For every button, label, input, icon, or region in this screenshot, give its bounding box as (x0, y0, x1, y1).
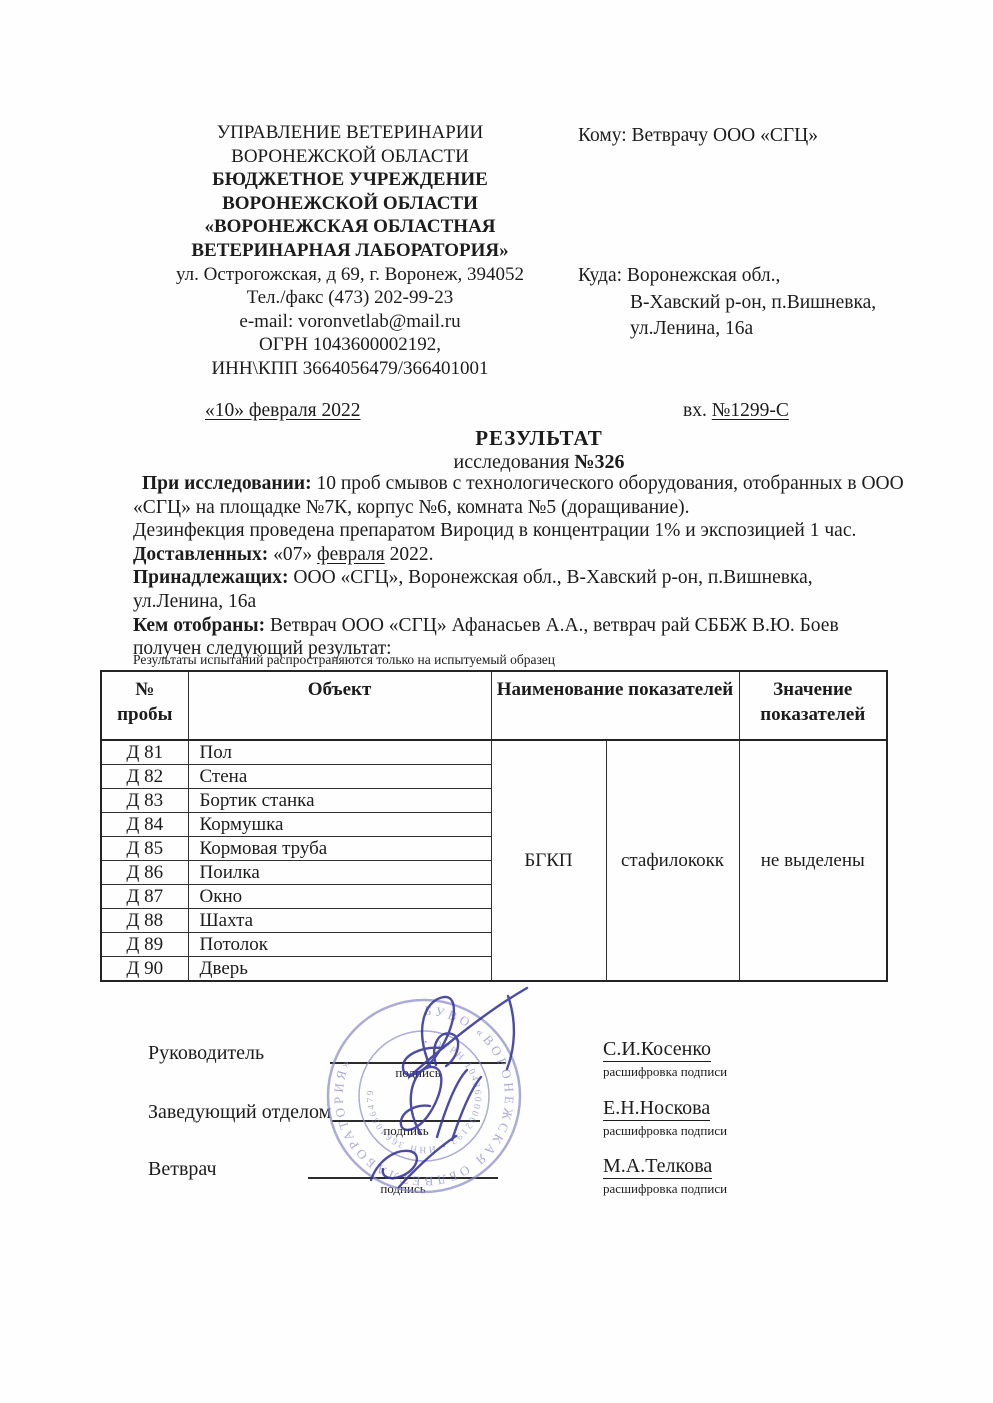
disclaimer-note: Результаты испытаний распространяются то… (133, 652, 555, 668)
indicator-1: БГКП (491, 740, 606, 981)
indicator-2: стафилококк (606, 740, 739, 981)
body-line-text: ООО «СГЦ», Воронежская обл., В-Хавский р… (289, 567, 813, 588)
body-line-text: Дезинфекция проведена препаратом Вироцид… (133, 520, 856, 541)
sample-id: Д 86 (101, 861, 188, 885)
body-line-text: Ветврач ООО «СГЦ» Афанасьев А.А., ветвра… (265, 615, 839, 636)
header-sample-number: № пробы (101, 671, 188, 740)
sample-id: Д 82 (101, 765, 188, 789)
sample-id: Д 90 (101, 957, 188, 982)
signature-name-text: М.А.Телкова (603, 1155, 712, 1179)
sample-object: Стена (188, 765, 491, 789)
body-line-text: 2022. (385, 544, 434, 565)
addressee-where-line2: В-Хавский р-он, п.Вишневка, (630, 290, 876, 317)
body-line-text: «07» (268, 544, 317, 565)
sample-object: Кормушка (188, 813, 491, 837)
subtitle-text: исследования (454, 451, 575, 473)
sample-object: Окно (188, 885, 491, 909)
header-sample-number-line1: № (102, 677, 188, 702)
body-line-label: Кем отобраны: (133, 615, 265, 636)
sample-id: Д 81 (101, 740, 188, 765)
signature-name-noskova: Е.Н.Носкова расшифровка подписи (603, 1097, 727, 1139)
body-line: Дезинфекция проведена препаратом Вироцид… (133, 519, 948, 543)
signature-name-telkova: М.А.Телкова расшифровка подписи (603, 1155, 727, 1197)
signature-line (330, 1062, 506, 1064)
results-table: № пробы Объект Наименование показателей … (100, 670, 888, 982)
signature-name-caption: расшифровка подписи (603, 1064, 727, 1080)
signature-line (332, 1120, 480, 1122)
letterhead-ogrn: ОГРН 1043600002192, (150, 333, 550, 357)
sample-object: Кормовая труба (188, 837, 491, 861)
sample-id: Д 87 (101, 885, 188, 909)
body-line-text: 10 проб смывов с технологического оборуд… (312, 473, 904, 494)
document-subtitle: исследования №326 (133, 451, 945, 474)
svg-text:БУВО «ВОРОНЕЖСКАЯ ОБЛВЕТЛАБО: БУВО «ВОРОНЕЖСКАЯ ОБЛВЕТЛАБОРАТОРИЯ» (331, 1003, 517, 1189)
signature-name-text: Е.Н.Носкова (603, 1097, 710, 1121)
addressee-where-line1: Куда: Воронежская обл., (578, 263, 876, 290)
body-line-text: ул.Ленина, 16а (133, 591, 256, 612)
table-header-row: № пробы Объект Наименование показателей … (101, 671, 887, 740)
addressee-where-line3: ул.Ленина, 16а (630, 316, 876, 343)
letterhead-org-line2: ВОРОНЕЖСКОЙ ОБЛАСТИ (150, 192, 550, 216)
stamp-outer-text: БУВО «ВОРОНЕЖСКАЯ ОБЛВЕТЛАБОРАТОРИЯ» (331, 1003, 517, 1189)
sample-id: Д 85 (101, 837, 188, 861)
header-sample-number-line2: пробы (102, 702, 188, 727)
sample-object: Поилка (188, 861, 491, 885)
document-date: «10» февраля 2022 (205, 400, 361, 422)
header-indicator-value: Значение показателей (739, 671, 887, 740)
round-stamp: БУВО «ВОРОНЕЖСКАЯ ОБЛВЕТЛАБОРАТОРИЯ» • О… (328, 1000, 520, 1192)
signature-name-kosenko: С.И.Косенко расшифровка подписи (603, 1038, 727, 1080)
signature-ink-director (507, 996, 514, 1069)
letterhead-org-line3: «ВОРОНЕЖСКАЯ ОБЛАСТНАЯ (150, 215, 550, 239)
signature-role-director: Руководитель (148, 1042, 264, 1065)
incoming-label: вх. (683, 400, 712, 421)
sample-id: Д 88 (101, 909, 188, 933)
body-line-label: При исследовании: (142, 473, 312, 494)
letterhead-org-line4: ВЕТЕРИНАРНАЯ ЛАБОРАТОРИЯ» (150, 239, 550, 263)
document-page: УПРАВЛЕНИЕ ВЕТЕРИНАРИИ ВОРОНЕЖСКОЙ ОБЛАС… (0, 0, 993, 1403)
letterhead-dept-line1: УПРАВЛЕНИЕ ВЕТЕРИНАРИИ (150, 121, 550, 145)
body-line: ул.Ленина, 16а (133, 590, 948, 614)
signature-caption: подпись (332, 1123, 480, 1139)
ink-signatures (371, 988, 527, 1187)
sample-object: Пол (188, 740, 491, 765)
addressee-where: Куда: Воронежская обл., В-Хавский р-он, … (578, 263, 876, 343)
body-line-label: Принадлежащих: (133, 567, 289, 588)
stamp-inner-circle (359, 1031, 489, 1161)
incoming-number-value: №1299-С (712, 400, 789, 421)
signature-caption: подпись (308, 1181, 498, 1197)
sample-id: Д 83 (101, 789, 188, 813)
sample-object: Дверь (188, 957, 491, 982)
body-line-text: «СГЦ» на площадке №7К, корпус №6, комнат… (133, 497, 689, 518)
body-line: Принадлежащих: ООО «СГЦ», Воронежская об… (133, 566, 948, 590)
table-row: Д 81 Пол БГКП стафилококк не выделены (101, 740, 887, 765)
sample-object: Бортик станка (188, 789, 491, 813)
letterhead-dept-line2: ВОРОНЕЖСКОЙ ОБЛАСТИ (150, 145, 550, 169)
header-indicator-name: Наименование показателей (491, 671, 739, 740)
sample-object: Шахта (188, 909, 491, 933)
sample-id: Д 84 (101, 813, 188, 837)
letterhead-phone: Тел./факс (473) 202-99-23 (150, 286, 550, 310)
letterhead-org-line1: БЮДЖЕТНОЕ УЧРЕЖДЕНИЕ (150, 168, 550, 192)
letterhead-inn-kpp: ИНН\КПП 3664056479/366401001 (150, 357, 550, 381)
signature-role-vet: Ветврач (148, 1158, 217, 1181)
addressee-to: Кому: Ветврачу ООО «СГЦ» (578, 125, 818, 147)
body-line: «СГЦ» на площадке №7К, корпус №6, комнат… (133, 496, 948, 520)
body-line: При исследовании: 10 проб смывов с техно… (133, 472, 948, 496)
stamp-outer-circle (328, 1000, 520, 1192)
result-value: не выделены (739, 740, 887, 981)
document-date-value: «10» февраля 2022 (205, 400, 361, 421)
letterhead: УПРАВЛЕНИЕ ВЕТЕРИНАРИИ ВОРОНЕЖСКОЙ ОБЛАС… (150, 121, 550, 381)
signature-ink-vet (399, 1136, 456, 1187)
sample-id: Д 89 (101, 933, 188, 957)
signature-name-caption: расшифровка подписи (603, 1181, 727, 1197)
signature-role-head-of-department: Заведующий отделом (148, 1101, 331, 1124)
signature-name-text: С.И.Косенко (603, 1038, 711, 1062)
header-object: Объект (188, 671, 491, 740)
body-text: При исследовании: 10 проб смывов с техно… (133, 472, 948, 661)
document-title: РЕЗУЛЬТАТ (133, 426, 945, 451)
signature-line (308, 1177, 498, 1179)
subtitle-number: №326 (574, 451, 624, 473)
body-line-label: Доставленных: (133, 544, 268, 565)
letterhead-address: ул. Острогожская, д 69, г. Воронеж, 3940… (150, 263, 550, 287)
incoming-number: вх. №1299-С (683, 400, 789, 422)
signature-caption: подпись (330, 1065, 506, 1081)
body-line: Кем отобраны: Ветврач ООО «СГЦ» Афанасье… (133, 614, 948, 638)
letterhead-email: e-mail: voronvetlab@mail.ru (150, 310, 550, 334)
signature-name-caption: расшифровка подписи (603, 1123, 727, 1139)
body-line-underlined: февраля (317, 544, 385, 565)
signature-ink-vet (371, 1151, 417, 1180)
sample-object: Потолок (188, 933, 491, 957)
body-line: Доставленных: «07» февраля 2022. (133, 543, 948, 567)
